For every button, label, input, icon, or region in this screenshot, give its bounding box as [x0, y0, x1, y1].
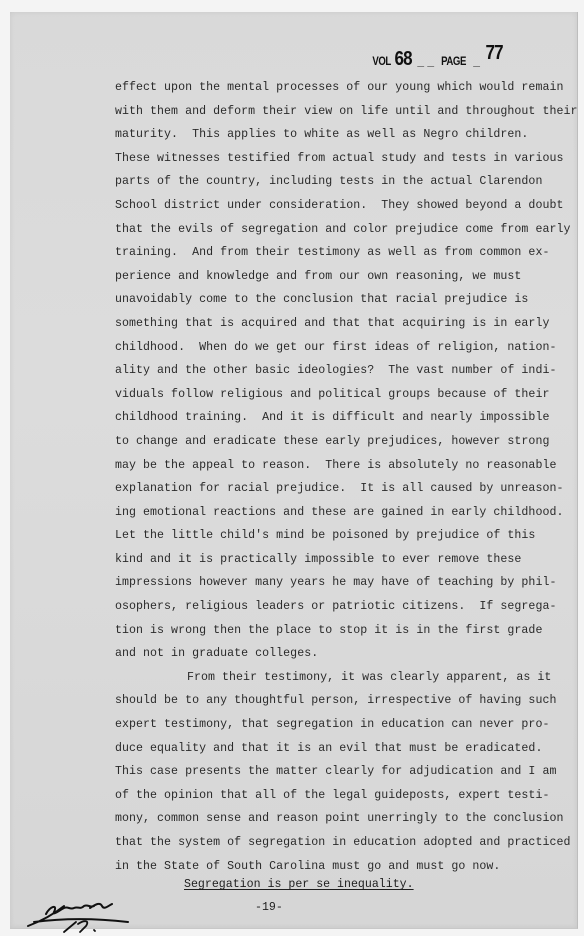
- stamp-dash: _: [473, 54, 480, 68]
- text-line: perience and knowledge and from our own …: [115, 265, 584, 289]
- text-line: These witnesses testified from actual st…: [115, 147, 584, 171]
- text-line: childhood. When do we get our first idea…: [115, 336, 584, 360]
- text-line: mony, common sense and reason point uner…: [115, 807, 584, 831]
- document-page: VOL68_ _PAGE_77 effect upon the mental p…: [10, 12, 578, 929]
- text-line: effect upon the mental processes of our …: [115, 76, 584, 100]
- vol-label: VOL: [372, 54, 391, 68]
- text-line: explanation for racial prejudice. It is …: [115, 477, 584, 501]
- page-label: PAGE: [441, 54, 466, 68]
- stamp-dash: _ _: [417, 54, 434, 68]
- text-line: This case presents the matter clearly fo…: [115, 760, 584, 784]
- text-line: School district under consideration. The…: [115, 194, 584, 218]
- text-line: something that is acquired and that that…: [115, 312, 584, 336]
- text-line: of the opinion that all of the legal gui…: [115, 784, 584, 808]
- paragraph-start-line: From their testimony, it was clearly app…: [115, 666, 584, 690]
- text-line: training. And from their testimony as we…: [115, 241, 584, 265]
- text-line: should be to any thoughtful person, irre…: [115, 689, 584, 713]
- text-line: that the system of segregation in educat…: [115, 831, 584, 855]
- text-line: maturity. This applies to white as well …: [115, 123, 584, 147]
- text-line: ality and the other basic ideologies? Th…: [115, 359, 584, 383]
- text-line: to change and eradicate these early prej…: [115, 430, 584, 454]
- conclusion-statement: Segregation is per se inequality.: [184, 878, 414, 891]
- text-line: parts of the country, including tests in…: [115, 170, 584, 194]
- text-line: viduals follow religious and political g…: [115, 383, 584, 407]
- body-text: effect upon the mental processes of our …: [115, 76, 584, 878]
- signature-initials-icon: [24, 896, 134, 936]
- text-line: impressions however many years he may ha…: [115, 571, 584, 595]
- text-line: and not in graduate colleges.: [115, 642, 584, 666]
- text-line: may be the appeal to reason. There is ab…: [115, 454, 584, 478]
- text-line: tion is wrong then the place to stop it …: [115, 619, 584, 643]
- text-line: that the evils of segregation and color …: [115, 218, 584, 242]
- text-line: duce equality and that it is an evil tha…: [115, 737, 584, 761]
- text-line: childhood training. And it is difficult …: [115, 406, 584, 430]
- text-line: in the State of South Carolina must go a…: [115, 855, 584, 879]
- page-stamp-number: 77: [485, 42, 502, 65]
- text-line: osophers, religious leaders or patriotic…: [115, 595, 584, 619]
- text-line: kind and it is practically impossible to…: [115, 548, 584, 572]
- text-line: with them and deform their view on life …: [115, 100, 584, 124]
- text-line: ing emotional reactions and these are ga…: [115, 501, 584, 525]
- text-line: unavoidably come to the conclusion that …: [115, 288, 584, 312]
- page-number: -19-: [255, 901, 283, 914]
- text-line: Let the little child's mind be poisoned …: [115, 524, 584, 548]
- volume-page-stamp: VOL68_ _PAGE_77: [370, 48, 504, 71]
- text-line: expert testimony, that segregation in ed…: [115, 713, 584, 737]
- vol-number: 68: [395, 48, 412, 71]
